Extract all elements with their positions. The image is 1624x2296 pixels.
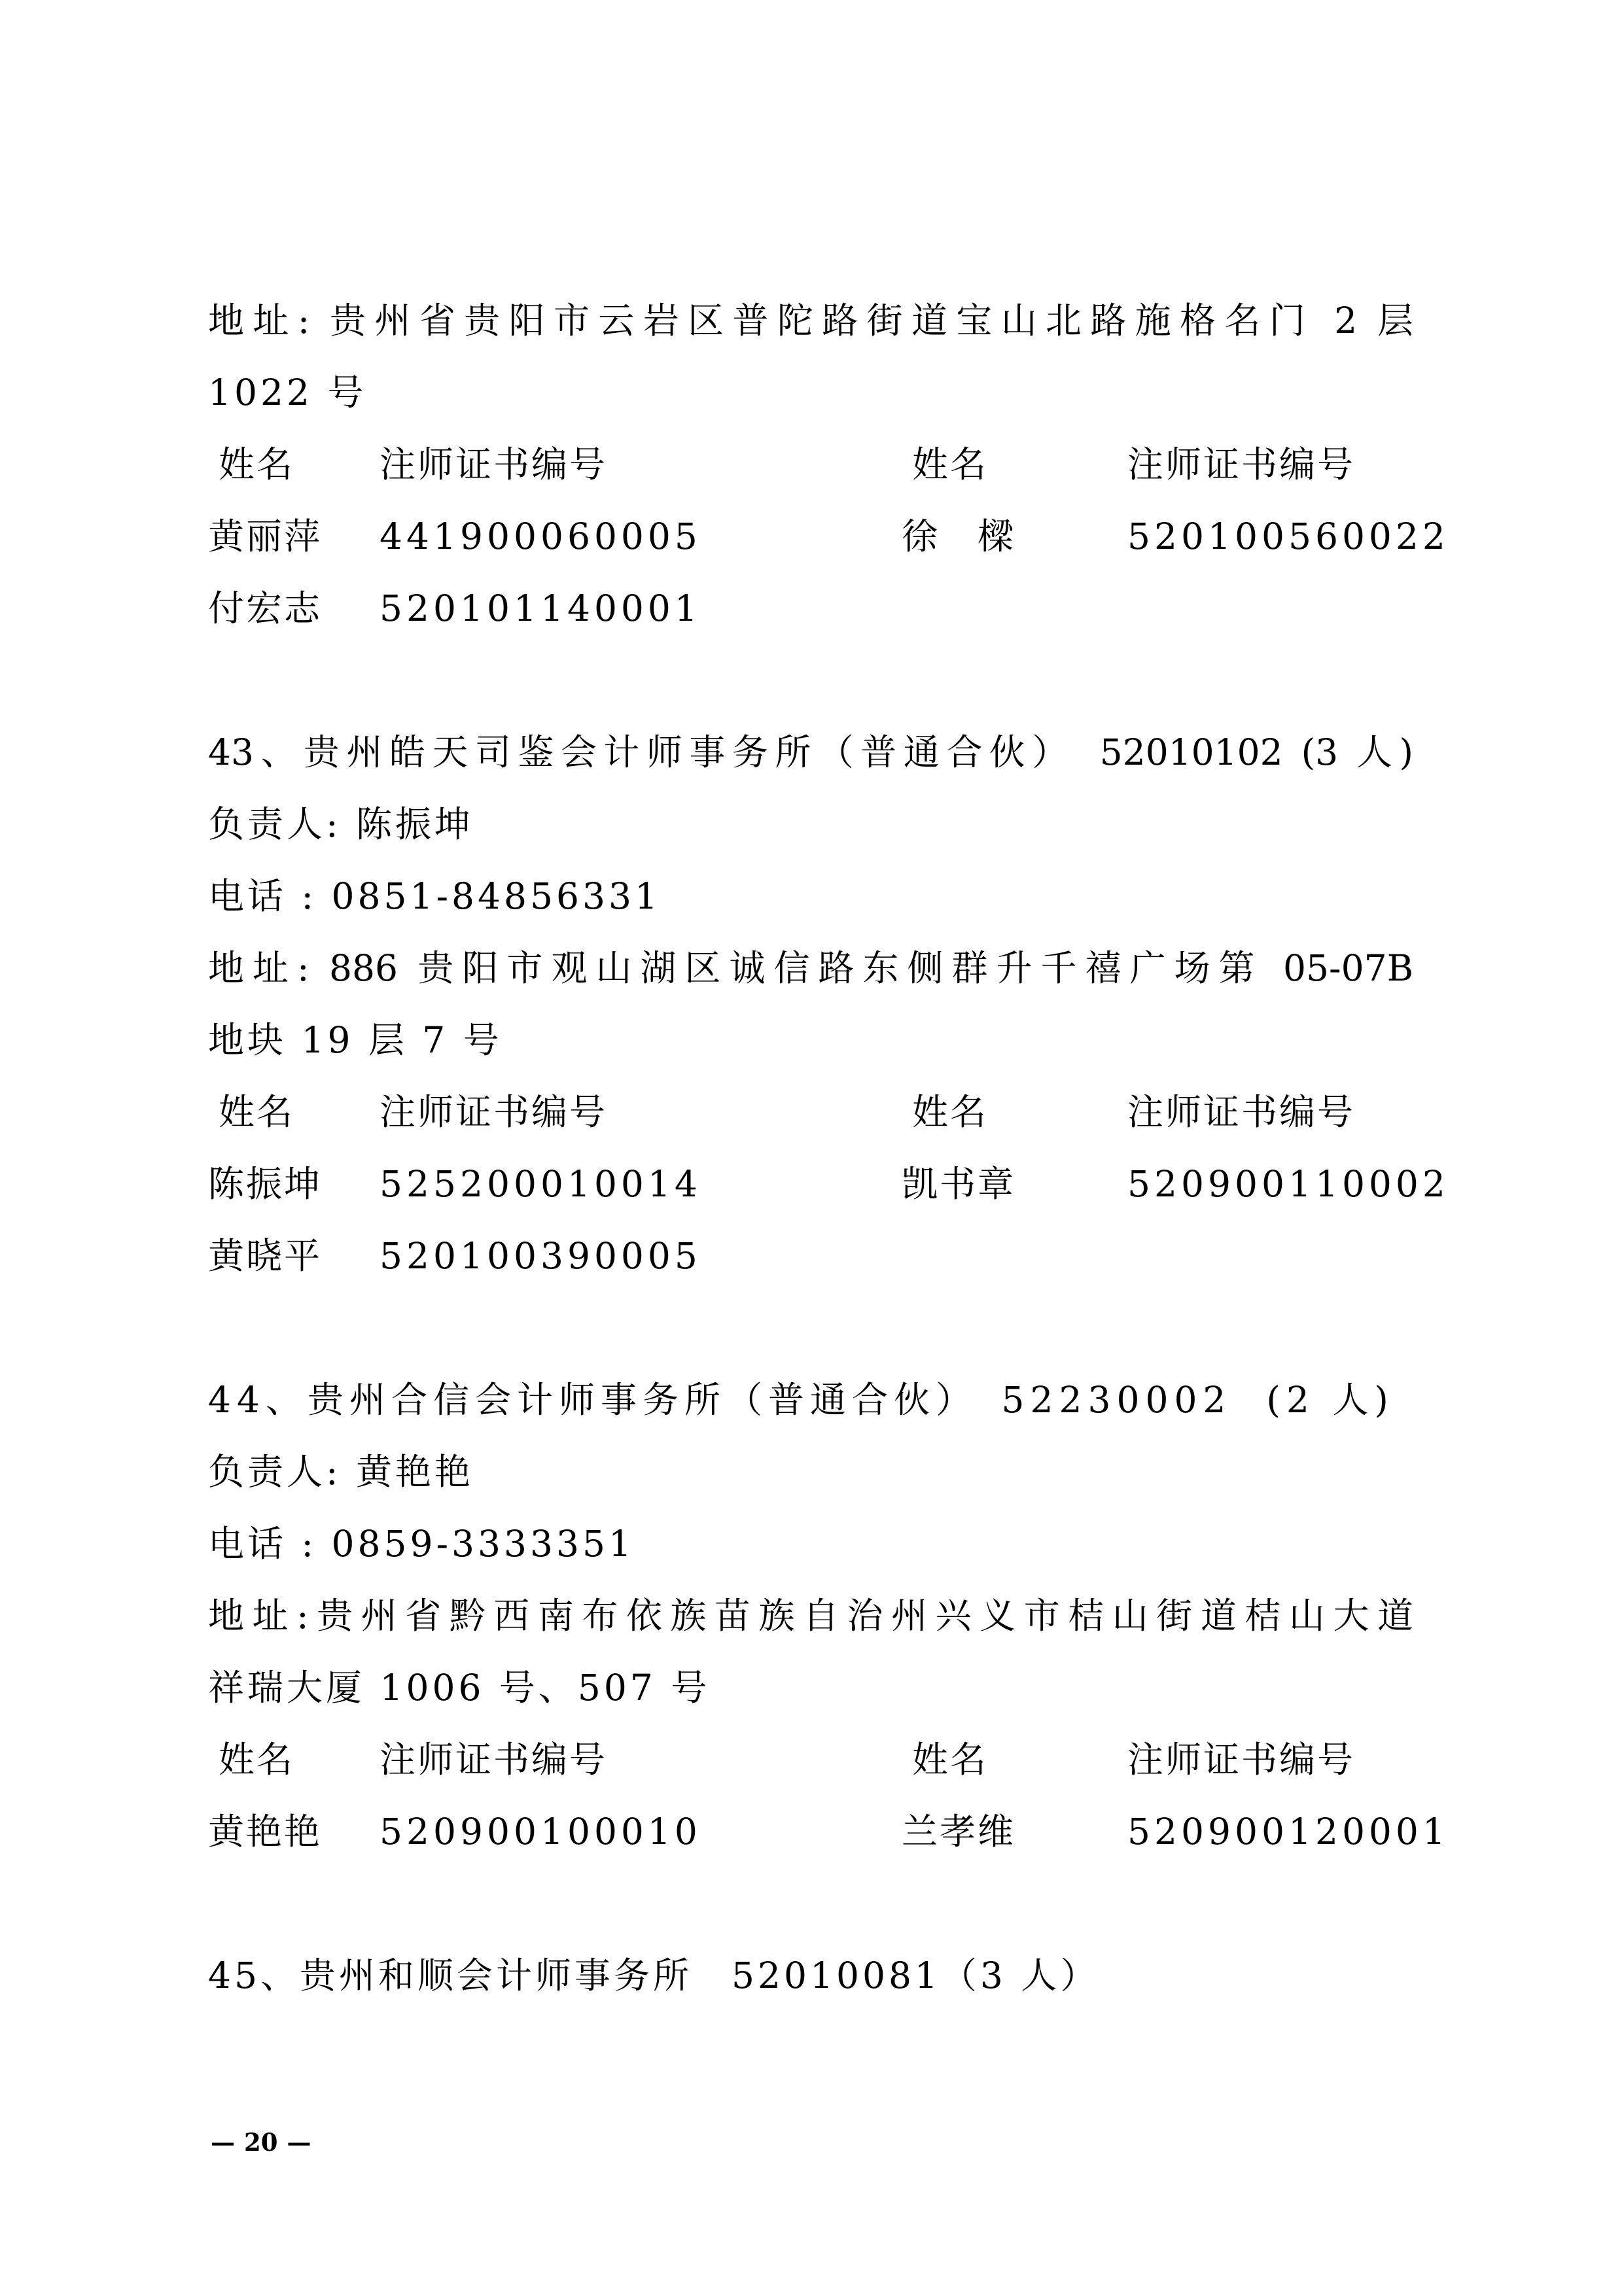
header-name-col1: 姓名 — [208, 1724, 380, 1796]
firm-title: 44、贵州合信会计师事务所（普通合伙） 52230002 (2 人) — [208, 1364, 1413, 1436]
phone-line: 电话 : 0851-84856331 — [208, 860, 1413, 932]
header-name-col2: 姓名 — [902, 1076, 1127, 1148]
name-cell: 陈振坤 — [208, 1148, 380, 1220]
header-cert-col2: 注师证书编号 — [1127, 428, 1413, 500]
footer-dash-right: — — [287, 2128, 311, 2157]
table-header-row: 姓名 注师证书编号 姓名 注师证书编号 — [208, 428, 1413, 500]
header-cert-col1: 注师证书编号 — [380, 1076, 902, 1148]
phone-line: 电话 : 0859-3333351 — [208, 1508, 1413, 1580]
section-gap — [208, 1868, 1413, 1939]
address-line: 地址: 贵州省贵阳市云岩区普陀路街道宝山北路施格名门 2 层 — [208, 285, 1413, 357]
table-row: 付宏志 520101140001 — [208, 572, 1413, 644]
section-gap — [208, 644, 1413, 716]
manager-line: 负责人: 陈振坤 — [208, 788, 1413, 860]
cert-cell: 441900060005 — [380, 500, 902, 572]
name-cell: 黄丽萍 — [208, 500, 380, 572]
name-cell — [902, 1220, 1127, 1292]
cert-cell: 520900110002 — [1127, 1148, 1449, 1220]
header-name-col2: 姓名 — [902, 1724, 1127, 1796]
name-cell: 黄晓平 — [208, 1220, 380, 1292]
manager-line: 负责人: 黄艳艳 — [208, 1436, 1413, 1508]
cert-cell — [1127, 1220, 1413, 1292]
document-page: 地址: 贵州省贵阳市云岩区普陀路街道宝山北路施格名门 2 层 1022 号 姓名… — [0, 0, 1624, 2296]
firm-title: 43、贵州皓天司鉴会计师事务所（普通合伙） 52010102 (3 人) — [208, 716, 1413, 788]
cert-cell: 525200010014 — [380, 1148, 902, 1220]
cert-cell: 520100390005 — [380, 1220, 902, 1292]
firm-title: 45、贵州和顺会计师事务所 52010081（3 人） — [208, 1939, 1413, 2011]
table-header-row: 姓名 注师证书编号 姓名 注师证书编号 — [208, 1724, 1413, 1796]
address-line: 地址:贵州省黔西南布依族苗族自治州兴义市桔山街道桔山大道 — [208, 1580, 1413, 1652]
header-cert-col1: 注师证书编号 — [380, 1724, 902, 1796]
page-number: 20 — [244, 2128, 278, 2157]
cert-cell: 520101140001 — [380, 572, 902, 644]
cert-cell — [1127, 572, 1413, 644]
table-row: 黄丽萍 441900060005 徐 樑 520100560022 — [208, 500, 1413, 572]
header-name-col1: 姓名 — [208, 428, 380, 500]
cert-cell: 520900100010 — [380, 1796, 902, 1868]
address-line-continued: 地块 19 层 7 号 — [208, 1004, 1413, 1076]
page-content: 地址: 贵州省贵阳市云岩区普陀路街道宝山北路施格名门 2 层 1022 号 姓名… — [0, 0, 1624, 2011]
section-gap — [208, 1292, 1413, 1364]
cert-cell: 520900120001 — [1127, 1796, 1449, 1868]
name-cell: 兰孝维 — [902, 1796, 1127, 1868]
table-row: 黄艳艳 520900100010 兰孝维 520900120001 — [208, 1796, 1413, 1868]
header-name-col2: 姓名 — [902, 428, 1127, 500]
table-row: 陈振坤 525200010014 凯书章 520900110002 — [208, 1148, 1413, 1220]
name-cell: 凯书章 — [902, 1148, 1127, 1220]
name-cell — [902, 572, 1127, 644]
header-cert-col2: 注师证书编号 — [1127, 1724, 1413, 1796]
name-cell: 黄艳艳 — [208, 1796, 380, 1868]
name-cell: 徐 樑 — [902, 500, 1127, 572]
header-cert-col1: 注师证书编号 — [380, 428, 902, 500]
header-name-col1: 姓名 — [208, 1076, 380, 1148]
header-cert-col2: 注师证书编号 — [1127, 1076, 1413, 1148]
footer-dash-left: — — [211, 2128, 235, 2157]
cert-cell: 520100560022 — [1127, 500, 1449, 572]
address-line: 地址: 886 贵阳市观山湖区诚信路东侧群升千禧广场第 05-07B — [208, 932, 1413, 1004]
address-line-continued: 祥瑞大厦 1006 号、507 号 — [208, 1652, 1413, 1724]
table-row: 黄晓平 520100390005 — [208, 1220, 1413, 1292]
name-cell: 付宏志 — [208, 572, 380, 644]
page-footer: — 20 — — [211, 2128, 311, 2157]
table-header-row: 姓名 注师证书编号 姓名 注师证书编号 — [208, 1076, 1413, 1148]
address-line-continued: 1022 号 — [208, 357, 1413, 428]
